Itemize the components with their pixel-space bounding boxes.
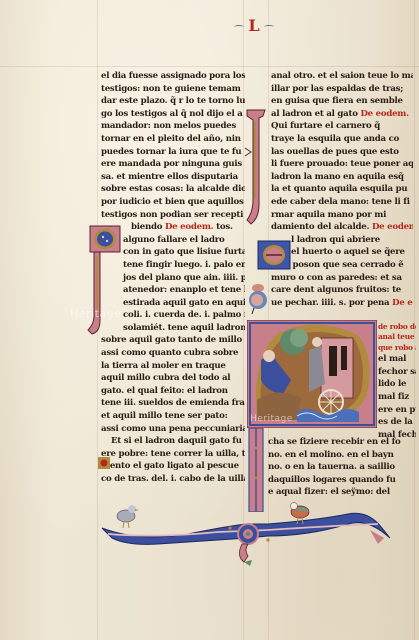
ruling-line	[0, 66, 419, 67]
text-fragment: biendo	[131, 222, 162, 232]
text-line: traye la esquila que anda co	[271, 133, 413, 146]
paragraph-mark-icon	[98, 454, 110, 466]
text-line: el huerto o aquel se q̃ere	[271, 246, 413, 259]
rubric-line: ue pechar. iiii. s. por pena De eodem	[271, 297, 413, 310]
text-line: es de la	[378, 416, 416, 429]
initial-E-decorated	[257, 240, 291, 270]
rubric-heading: De eodem.	[165, 222, 213, 232]
text-line: otra poson que sea cerrado ẽ	[271, 259, 413, 272]
text-line: no. o en la tauerna. a saillio	[268, 461, 414, 474]
rubric-line: anal teue de lo	[378, 332, 416, 342]
historiated-initial-D	[247, 320, 377, 428]
text-line: Qui furtare el carnero q̃	[271, 120, 413, 133]
text-line: rmar aquila mano por mi	[271, 209, 413, 222]
manuscript-page: L el dia fuesse assignado pora los testi…	[0, 0, 419, 640]
swash-ornament-right	[264, 25, 274, 29]
text-line: aquil millo cubra del todo al	[101, 372, 245, 385]
text-line: go los testigos al q̃ nol dijo el a	[101, 108, 245, 121]
rubric-heading: De eodem.	[360, 109, 408, 119]
text-line: Et si el ladron daquil gato fu	[101, 435, 245, 448]
text-line: daquillos logares quando fu	[268, 474, 414, 487]
text-fragment: ue pechar. iiii. s. por pena	[271, 298, 389, 308]
rubric-line: al ladron et al gato De eodem.	[271, 108, 413, 121]
initial-I-decorated	[243, 108, 269, 226]
text-line: ede caber dela mano: tene li fi	[271, 196, 413, 209]
text-line: por iudicio et bien que aquillos	[101, 196, 245, 209]
marginal-bar-extender	[98, 500, 398, 580]
text-line: ladron la mano en aquila esq̃	[271, 171, 413, 184]
text-line: en guisa que fiera en semble	[271, 95, 413, 108]
text-line: el mal	[378, 353, 416, 366]
rubric-line: damiento del alcalde. De eodem	[271, 221, 413, 234]
text-line: el dia fuesse assignado pora los	[101, 70, 245, 83]
text-line: ere mandada por ninguna guis	[101, 158, 245, 171]
text-line: e aqual fizer: el seÿmo: del	[268, 486, 414, 499]
text-line: no. en el molino. en el bayn	[268, 449, 414, 462]
watermark-text: Heritage	[250, 414, 293, 424]
text-line: fechor sa	[378, 366, 416, 379]
marginal-grotesque-icon	[246, 282, 270, 316]
text-line: sobre estas cosas: la alcalde dio	[101, 183, 245, 196]
text-line: assi como quanto cubra sobre	[101, 347, 245, 360]
text-line: lido le	[378, 378, 416, 391]
text-line: mal fiz	[378, 391, 416, 404]
text-line: li fuere prouado: teue poner aqul	[271, 158, 413, 171]
text-fragment: al ladron et al gato	[271, 109, 358, 119]
text-line: cha se fiziere recebir en el fo	[268, 436, 414, 449]
text-line: care dent algunos fruitos: te	[271, 284, 413, 297]
rubric-line: de robo de el	[378, 322, 416, 332]
right-text-column-bottom: cha se fiziere recebir en el fo no. en e…	[268, 436, 414, 499]
narrow-text-column: de robo de el anal teue de lo que robo a…	[378, 322, 416, 441]
text-line: tornar en el pleito del año, nin	[101, 133, 245, 146]
rubric-heading: De eodem	[372, 222, 413, 232]
text-line: gato. el qual feito: el ladron	[101, 385, 245, 398]
text-line: dar este plazo. q̃ r lo te torno lue	[101, 95, 245, 108]
text-line: mandador: non melos puedes	[101, 120, 245, 133]
text-line: la tierra al moler en traque	[101, 360, 245, 373]
bird-left-icon	[117, 505, 139, 528]
swash-ornament-left	[234, 25, 244, 29]
text-line: las ouellas de pues que esto	[271, 146, 413, 159]
text-line: puedes tornar la iura que te fu	[101, 146, 245, 159]
text-line: assi como una pena peccuniaria	[101, 423, 245, 436]
text-line: ere pobre: tene correr la uilla, te	[101, 448, 245, 461]
watermark-text: Heritage	[70, 307, 121, 320]
text-line: tene iii. sueldos de emienda francamiét	[101, 397, 245, 410]
running-head: L	[234, 16, 274, 38]
text-line: testigos non podian ser recepti	[101, 209, 245, 222]
text-line: anal otro. et el saion teue lo ma	[271, 70, 413, 83]
right-text-column: anal otro. et el saion teue lo ma illar …	[271, 70, 413, 309]
rubric-line: que robo algo.	[378, 343, 416, 353]
text-line: la et quanto aquila esquila pu	[271, 183, 413, 196]
text-line: testigos: non te guiene temam	[101, 83, 245, 96]
text-fragment: damiento del alcalde.	[271, 222, 369, 232]
running-head-letter: L	[248, 16, 259, 35]
text-line: illar por las espaldas de tras;	[271, 83, 413, 96]
text-line: et aquil millo tene ser pato:	[101, 410, 245, 423]
ruling-line	[414, 0, 415, 640]
text-line: muro o con as paredes: et sa	[271, 272, 413, 285]
text-fragment: tos.	[216, 222, 233, 232]
text-line: mento el gato ligato al pescue	[101, 460, 245, 473]
text-line: ere en pu	[378, 404, 416, 417]
rubric-heading: De eodem	[392, 298, 413, 308]
text-line: sa. et mientre ellos disputaria	[101, 171, 245, 184]
text-line: co de tras. del. i. cabo de la uilla	[101, 473, 245, 486]
text-line: sobre aquil gato tanto de millo	[101, 334, 245, 347]
text-line: l ladron qui abriere	[271, 234, 413, 247]
